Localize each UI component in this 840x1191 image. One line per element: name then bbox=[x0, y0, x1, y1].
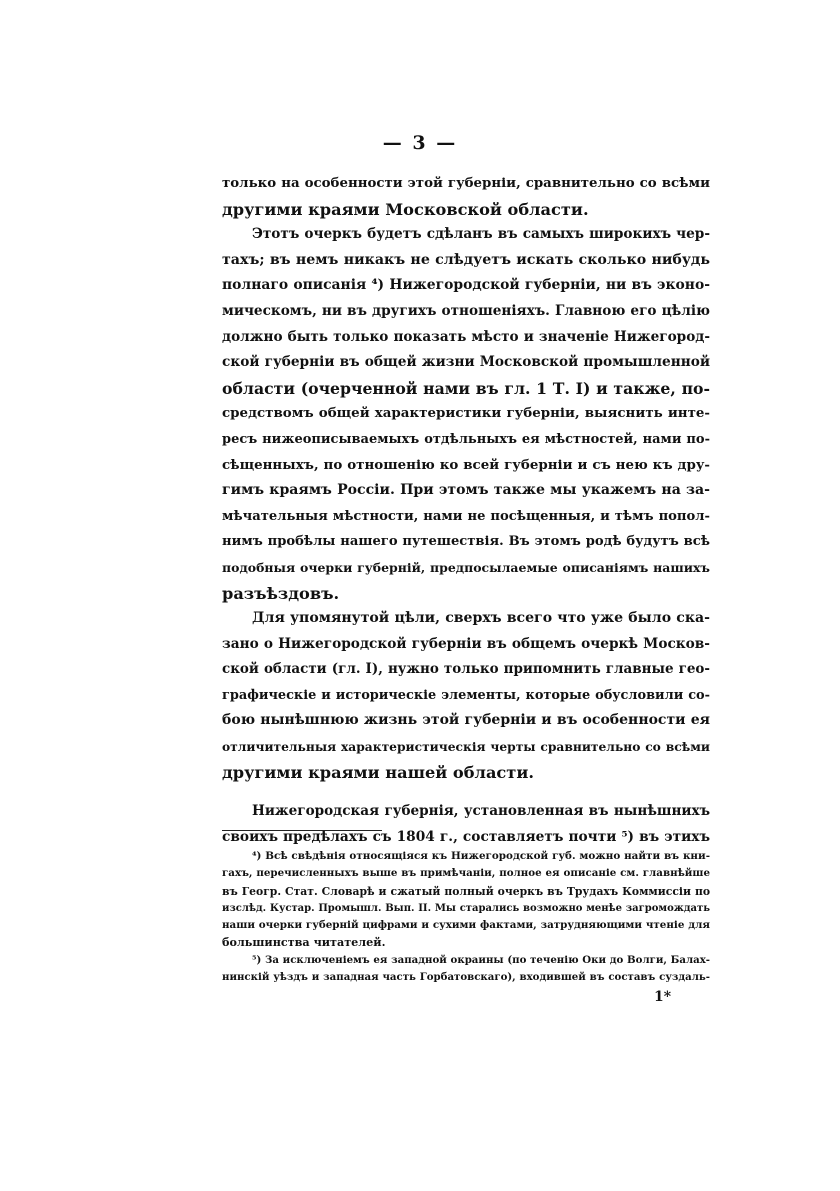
footnote-line: ⁴) Всѣ свѣдѣнія относящіяся къ Нижегород… bbox=[222, 848, 710, 865]
text-line: области (очерченной нами въ гл. 1 Т. I) … bbox=[222, 376, 710, 402]
footnote-5: ⁵) За исключеніемъ ея западной окраины (… bbox=[222, 952, 710, 987]
text-line: сѣщенныхъ, по отношенію ко всей губерніи… bbox=[222, 453, 710, 479]
footnote-line: большинства читателей. bbox=[222, 934, 710, 951]
text-line: ской губерніи въ общей жизни Московской … bbox=[222, 350, 710, 376]
text-line: разъѣздовъ. bbox=[222, 581, 710, 607]
text-line: зано о Нижегородской губерніи въ общемъ … bbox=[222, 632, 710, 658]
body-text: только на особенности этой губерніи, сра… bbox=[222, 171, 710, 850]
paragraph-2: Этотъ очеркъ будетъ сдѣланъ въ самыхъ ши… bbox=[222, 222, 710, 606]
text-line: только на особенности этой губерніи, сра… bbox=[222, 171, 710, 197]
footnote-line: гахъ, перечисленныхъ выше въ примѣчаніи,… bbox=[222, 865, 710, 882]
signature-mark: 1* bbox=[654, 989, 671, 1005]
footnotes: ⁴) Всѣ свѣдѣнія относящіяся къ Нижегород… bbox=[222, 848, 710, 986]
section-gap bbox=[222, 785, 710, 799]
text-line: средствомъ общей характеристики губерніи… bbox=[222, 401, 710, 427]
text-line: мѣчательныя мѣстности, нами не посѣщенны… bbox=[222, 504, 710, 530]
paragraph-4: Нижегородская губернія, установленная въ… bbox=[222, 799, 710, 850]
text-line: Этотъ очеркъ будетъ сдѣланъ въ самыхъ ши… bbox=[222, 222, 710, 248]
text-line: графическіе и историческіе элементы, кот… bbox=[222, 683, 710, 709]
text-line: ской области (гл. I), нужно только припо… bbox=[222, 657, 710, 683]
text-line: другими краями Московской области. bbox=[222, 197, 710, 223]
page-number: — 3 — bbox=[0, 132, 840, 154]
text-line: подобныя очерки губерній, предпосылаемые… bbox=[222, 555, 710, 581]
text-line: нимъ пробѣлы нашего путешествія. Въ этом… bbox=[222, 529, 710, 555]
text-line: Для упомянутой цѣли, сверхъ всего что уж… bbox=[222, 606, 710, 632]
text-line: мическомъ, ни въ другихъ отношеніяхъ. Гл… bbox=[222, 299, 710, 325]
text-line: отличительныя характеристическія черты с… bbox=[222, 734, 710, 760]
text-line: должно быть только показать мѣсто и знач… bbox=[222, 325, 710, 351]
document-page: — 3 — только на особенности этой губерні… bbox=[0, 0, 840, 1191]
text-line: ресъ нижеописываемыхъ отдѣльныхъ ея мѣст… bbox=[222, 427, 710, 453]
footnote-4: ⁴) Всѣ свѣдѣнія относящіяся къ Нижегород… bbox=[222, 848, 710, 952]
text-line: гимъ краямъ Россіи. При этомъ также мы у… bbox=[222, 478, 710, 504]
footnote-line: изслѣд. Кустар. Промышл. Вып. II. Мы ста… bbox=[222, 900, 710, 917]
footnote-line: ⁵) За исключеніемъ ея западной окраины (… bbox=[222, 952, 710, 969]
footnote-line: нинскій уѣздъ и западная часть Горбатовс… bbox=[222, 969, 710, 986]
text-line: своихъ предѣлахъ съ 1804 г., составляетъ… bbox=[222, 825, 710, 851]
text-line: другими краями нашей области. bbox=[222, 760, 710, 786]
text-line: полнаго описанія ⁴) Нижегородской губерн… bbox=[222, 273, 710, 299]
footnote-separator-rule bbox=[222, 830, 382, 831]
paragraph-3: Для упомянутой цѣли, сверхъ всего что уж… bbox=[222, 606, 710, 785]
text-line: Нижегородская губернія, установленная въ… bbox=[222, 799, 710, 825]
footnote-line: въ Геогр. Стат. Словарѣ и сжатый полный … bbox=[222, 883, 710, 900]
footnote-line: наши очерки губерній цифрами и сухими фа… bbox=[222, 917, 710, 934]
text-line: тахъ; въ немъ никакъ не слѣдуетъ искать … bbox=[222, 248, 710, 274]
text-line: бою нынѣшнюю жизнь этой губерніи и въ ос… bbox=[222, 708, 710, 734]
paragraph-1: только на особенности этой губерніи, сра… bbox=[222, 171, 710, 222]
